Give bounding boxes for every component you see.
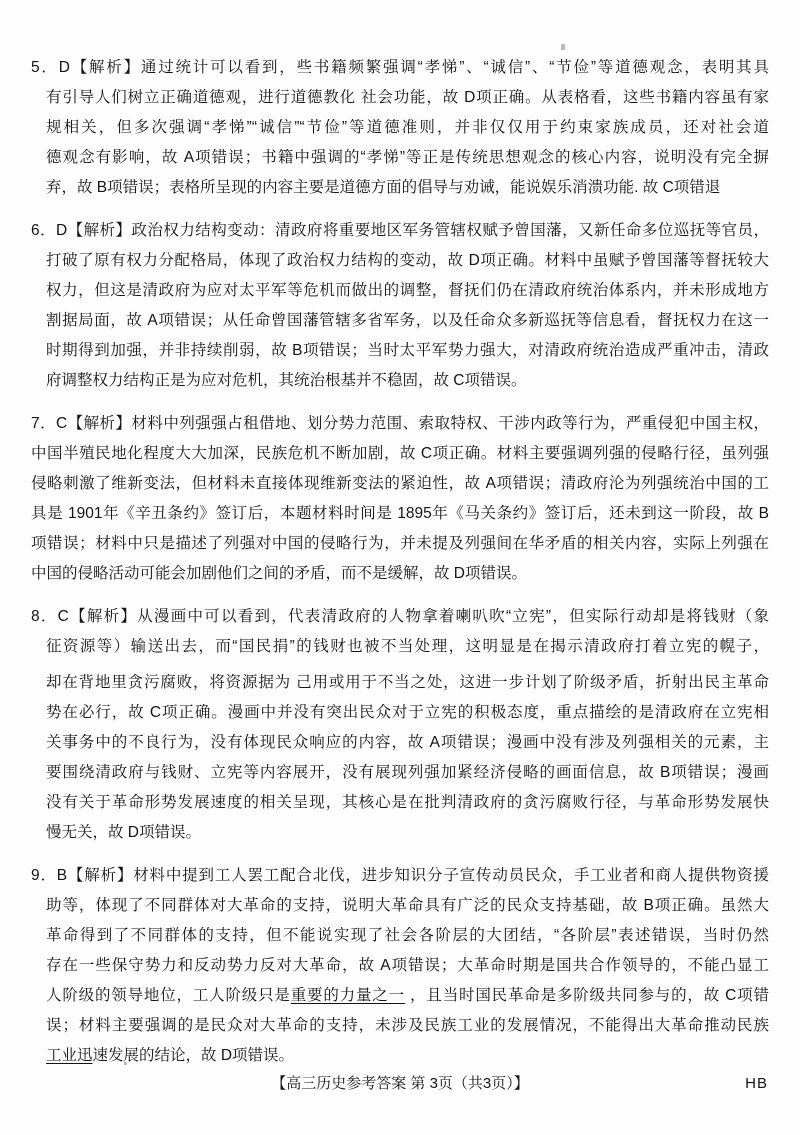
text-line: 有引导人们树立正确道德观，进行道德教化 社会功能，故 D项正确。从表格看，这些书… xyxy=(31,83,769,113)
text-segment: ，且当时国民革命是多阶级共同参与的，故 C项错 xyxy=(405,987,769,1004)
text-line: 府调整权力结构正是为应对危机，其统治根基并不稳固，故 C项错误。 xyxy=(31,366,769,396)
text-line: 规相关，但多次强调“孝悌”“诚信”“节俭”等道德准则，并非仅仅用于约束家族成员，… xyxy=(31,113,769,143)
text-line: 中国半殖民地化程度大大加深，民族危机不断加剧，故 C项正确。材料主要强调列强的侵… xyxy=(31,439,769,469)
text-segment: 征资源等）输送出去，而“国民捐”的钱财也被不当处理，这明显是在揭示清政府打着立宪… xyxy=(46,638,769,655)
text-line: 德观念有影响，故 A项错误；书籍中强调的“孝悌”等正是传统思想观念的核心内容，说… xyxy=(31,143,769,173)
answer-item-6: 6．D【解析】政治权力结构变动：清政府将重要地区军务管辖权赋予曾国藩，又新任命多… xyxy=(31,216,769,396)
answer-item-5: 5．D【解析】通过统计可以看到，些书籍频繁强调“孝悌”、“诚信”、“节俭”等道德… xyxy=(31,53,769,203)
text-segment: 德观念有影响，故 A项错误；书籍中强调的“孝悌”等正是传统思想观念的核心内容，说… xyxy=(46,149,769,166)
text-line: 没有关于革命形势发展速度的相关呈现，其核心是在批判清政府的贪污腐败行径，与革命形… xyxy=(31,788,769,818)
text-line: 权力，但这是清政府为应对太平军等危机而做出的调整，督抚们仍在清政府统治体系内，并… xyxy=(31,276,769,306)
text-segment: 势在必行，故 C项正确。漫画中并没有突出民众对于立宪的积极态度，重点描绘的是清政… xyxy=(46,704,769,721)
text-segment: 弃，故 B项错误；表格所呈现的内容主要是道德方面的倡导与劝诫，能说娱乐消溃功能.… xyxy=(46,179,720,196)
text-segment: 慢无关，故 D项错误。 xyxy=(46,824,201,841)
text-segment: 割据局面，故 A项错误；从任命曾国藩管辖多省军务，以及任命众多新巡抚等信息看，督… xyxy=(46,312,769,329)
text-line: 项错误；材料中只是描述了列强对中国的侵略行为，并未提及列强间在华矛盾的相关内容，… xyxy=(31,529,769,559)
text-line: 革命得到了不同群体的支持，但不能说实现了社会各阶层的大团结，“各阶层”表述错误，… xyxy=(31,921,769,951)
text-segment: 速发展的结论，故 D项错误。 xyxy=(93,1047,295,1064)
text-line: 8．C【解析】从漫画中可以看到，代表清政府的人物拿着喇叭吹“立宪”，但实际行动却… xyxy=(31,602,769,632)
text-segment: 具是 1901年《辛丑条约》签订后，本题材料时间是 1895年《马关条约》签订后… xyxy=(31,505,769,522)
text-segment: 革命得到了不同群体的支持，但不能说实现了社会各阶层的大团结，“各阶层”表述错误，… xyxy=(46,927,769,944)
text-segment: 时期得到加强，并非持续削弱，故 B项错误；当时太平军势力强大，对清政府统治造成严… xyxy=(46,342,769,359)
text-segment: 人阶级的领导地位，工人阶级只是 xyxy=(46,987,291,1004)
text-line: 征资源等）输送出去，而“国民捐”的钱财也被不当处理，这明显是在揭示清政府打着立宪… xyxy=(31,632,769,662)
text-segment: 项错误；材料中只是描述了列强对中国的侵略行为，并未提及列强间在华矛盾的相关内容，… xyxy=(31,535,769,552)
text-segment: 权力，但这是清政府为应对太平军等危机而做出的调整，督抚们仍在清政府统治体系内，并… xyxy=(46,282,769,299)
text-segment: 助等，体现了不同群体对大革命的支持，说明大革命具有广泛的民众支持基础，故 B项正… xyxy=(46,897,769,914)
text-line: 弃，故 B项错误；表格所呈现的内容主要是道德方面的倡导与劝诫，能说娱乐消溃功能.… xyxy=(31,173,769,203)
text-segment: 规相关，但多次强调“孝悌”“诚信”“节俭”等道德准则，并非仅仅用于约束家族成员，… xyxy=(46,119,769,136)
text-line: 5．D【解析】通过统计可以看到，些书籍频繁强调“孝悌”、“诚信”、“节俭”等道德… xyxy=(31,53,769,83)
text-segment: 从漫画中可以看到，代表清政府的人物拿着喇叭吹“立宪”，但实际行动却是将钱财（象 xyxy=(137,608,769,625)
text-segment: 中国的侵略活动可能会加剧他们之间的矛盾，而不是缓解，故 D项错误。 xyxy=(31,565,527,582)
text-line: 助等，体现了不同群体对大革命的支持，说明大革命具有广泛的民众支持基础，故 B项正… xyxy=(31,891,769,921)
text-segment: 打破了原有权力分配格局，体现了政治权力结构的变动，故 D项正确。材料中虽赋予曾国… xyxy=(46,252,769,269)
text-segment: 政治权力结构变动：清政府将重要地区军务管辖权赋予曾国藩，又新任命多位巡抚等官员， xyxy=(131,222,769,239)
text-line: 却在背地里贪污腐败，将资源据为 己用或用于不当之处，这进一步计划了阶级矛盾，折射… xyxy=(31,668,769,698)
text-line: 工业迅速发展的结论，故 D项错误。 xyxy=(31,1041,769,1071)
text-segment: 关事务中的不良行为，没有体现民众响应的内容，故 A项错误；漫画中没有涉及列强相关… xyxy=(46,734,769,751)
text-segment: 却在背地里贪污腐败，将资源据为 己用或用于不当之处，这进一步计划了阶级矛盾，折射… xyxy=(46,674,769,691)
scan-speck xyxy=(561,44,565,50)
text-segment: 府调整权力结构正是为应对危机，其统治根基并不稳固，故 C项错误。 xyxy=(46,372,527,389)
text-segment: 要围绕清政府与钱财、立宪等内容展开，没有展现列强加紧经济侵略的画面信息，故 B项… xyxy=(46,764,769,781)
text-line: 势在必行，故 C项正确。漫画中并没有突出民众对于立宪的积极态度，重点描绘的是清政… xyxy=(31,698,769,728)
question-answer-prefix: 9．B【解析】 xyxy=(31,867,133,884)
underlined-text: 重要的力量之一 xyxy=(291,987,405,1004)
text-line: 7．C【解析】材料中列强强占租借地、划分势力范围、索取特权、干涉内政等行为，严重… xyxy=(31,409,769,439)
text-line: 6．D【解析】政治权力结构变动：清政府将重要地区军务管辖权赋予曾国藩，又新任命多… xyxy=(31,216,769,246)
underlined-text: 工业迅 xyxy=(46,1047,93,1064)
text-segment: 中国半殖民地化程度大大加深，民族危机不断加剧，故 C项正确。材料主要强调列强的侵… xyxy=(31,445,769,462)
text-line: 关事务中的不良行为，没有体现民众响应的内容，故 A项错误；漫画中没有涉及列强相关… xyxy=(31,728,769,758)
text-line: 存在一些保守势力和反动势力反对大革命，故 A项错误；大革命时期是国共合作领导的，… xyxy=(31,951,769,981)
text-line: 具是 1901年《辛丑条约》签订后，本题材料时间是 1895年《马关条约》签订后… xyxy=(31,499,769,529)
text-line: 中国的侵略活动可能会加剧他们之间的矛盾，而不是缓解，故 D项错误。 xyxy=(31,559,769,589)
text-line: 侵略刺激了维新变法，但材料未直接体现维新变法的紧迫性，故 A项错误；清政府沦为列… xyxy=(31,469,769,499)
question-answer-prefix: 6．D【解析】 xyxy=(31,222,131,239)
text-line: 要围绕清政府与钱财、立宪等内容展开，没有展现列强加紧经济侵略的画面信息，故 B项… xyxy=(31,758,769,788)
text-segment: 材料中列强强占租借地、划分势力范围、索取特权、干涉内政等行为，严重侵犯中国主权， xyxy=(131,415,769,432)
question-answer-prefix: 7．C【解析】 xyxy=(31,415,131,432)
text-segment: 材料中提到工人罢工配合北伐，进步知识分子宣传动员民众，手工业者和商人提供物资援 xyxy=(133,867,769,884)
text-segment: 没有关于革命形势发展速度的相关呈现，其核心是在批判清政府的贪污腐败行径，与革命形… xyxy=(46,794,769,811)
text-segment: 有引导人们树立正确道德观，进行道德教化 社会功能，故 D项正确。从表格看，这些书… xyxy=(46,89,769,106)
question-answer-prefix: 8．C【解析】 xyxy=(31,608,137,625)
footer-version-code: HB xyxy=(745,1074,768,1094)
text-segment: 通过统计可以看到，些书籍频繁强调“孝悌”、“诚信”、“节俭”等道德观念，表明其具 xyxy=(141,59,769,76)
answer-item-8: 8．C【解析】从漫画中可以看到，代表清政府的人物拿着喇叭吹“立宪”，但实际行动却… xyxy=(31,602,769,848)
text-line: 打破了原有权力分配格局，体现了政治权力结构的变动，故 D项正确。材料中虽赋予曾国… xyxy=(31,246,769,276)
text-line: 割据局面，故 A项错误；从任命曾国藩管辖多省军务，以及任命众多新巡抚等信息看，督… xyxy=(31,306,769,336)
footer-page-info: 【高三历史参考答案 第 3页（共3页）】 xyxy=(0,1074,800,1094)
answer-list: 5．D【解析】通过统计可以看到，些书籍频繁强调“孝悌”、“诚信”、“节俭”等道德… xyxy=(31,53,769,1084)
text-line: 误；材料主要强调的是民众对大革命的支持，未涉及民族工业的发展情况，不能得出大革命… xyxy=(31,1011,769,1041)
question-answer-prefix: 5．D【解析】 xyxy=(31,59,141,76)
text-line: 慢无关，故 D项错误。 xyxy=(31,818,769,848)
text-segment: 侵略刺激了维新变法，但材料未直接体现维新变法的紧迫性，故 A项错误；清政府沦为列… xyxy=(31,475,769,492)
text-segment: 误；材料主要强调的是民众对大革命的支持，未涉及民族工业的发展情况，不能得出大革命… xyxy=(46,1017,769,1034)
answer-item-7: 7．C【解析】材料中列强强占租借地、划分势力范围、索取特权、干涉内政等行为，严重… xyxy=(31,409,769,589)
scanned-answer-page: 5．D【解析】通过统计可以看到，些书籍频繁强调“孝悌”、“诚信”、“节俭”等道德… xyxy=(0,0,800,1135)
text-segment: 存在一些保守势力和反动势力反对大革命，故 A项错误；大革命时期是国共合作领导的，… xyxy=(46,957,769,974)
text-line: 时期得到加强，并非持续削弱，故 B项错误；当时太平军势力强大，对清政府统治造成严… xyxy=(31,336,769,366)
answer-item-9: 9．B【解析】材料中提到工人罢工配合北伐，进步知识分子宣传动员民众，手工业者和商… xyxy=(31,861,769,1071)
text-line: 9．B【解析】材料中提到工人罢工配合北伐，进步知识分子宣传动员民众，手工业者和商… xyxy=(31,861,769,891)
text-line: 人阶级的领导地位，工人阶级只是重要的力量之一 ，且当时国民革命是多阶级共同参与的… xyxy=(31,981,769,1011)
